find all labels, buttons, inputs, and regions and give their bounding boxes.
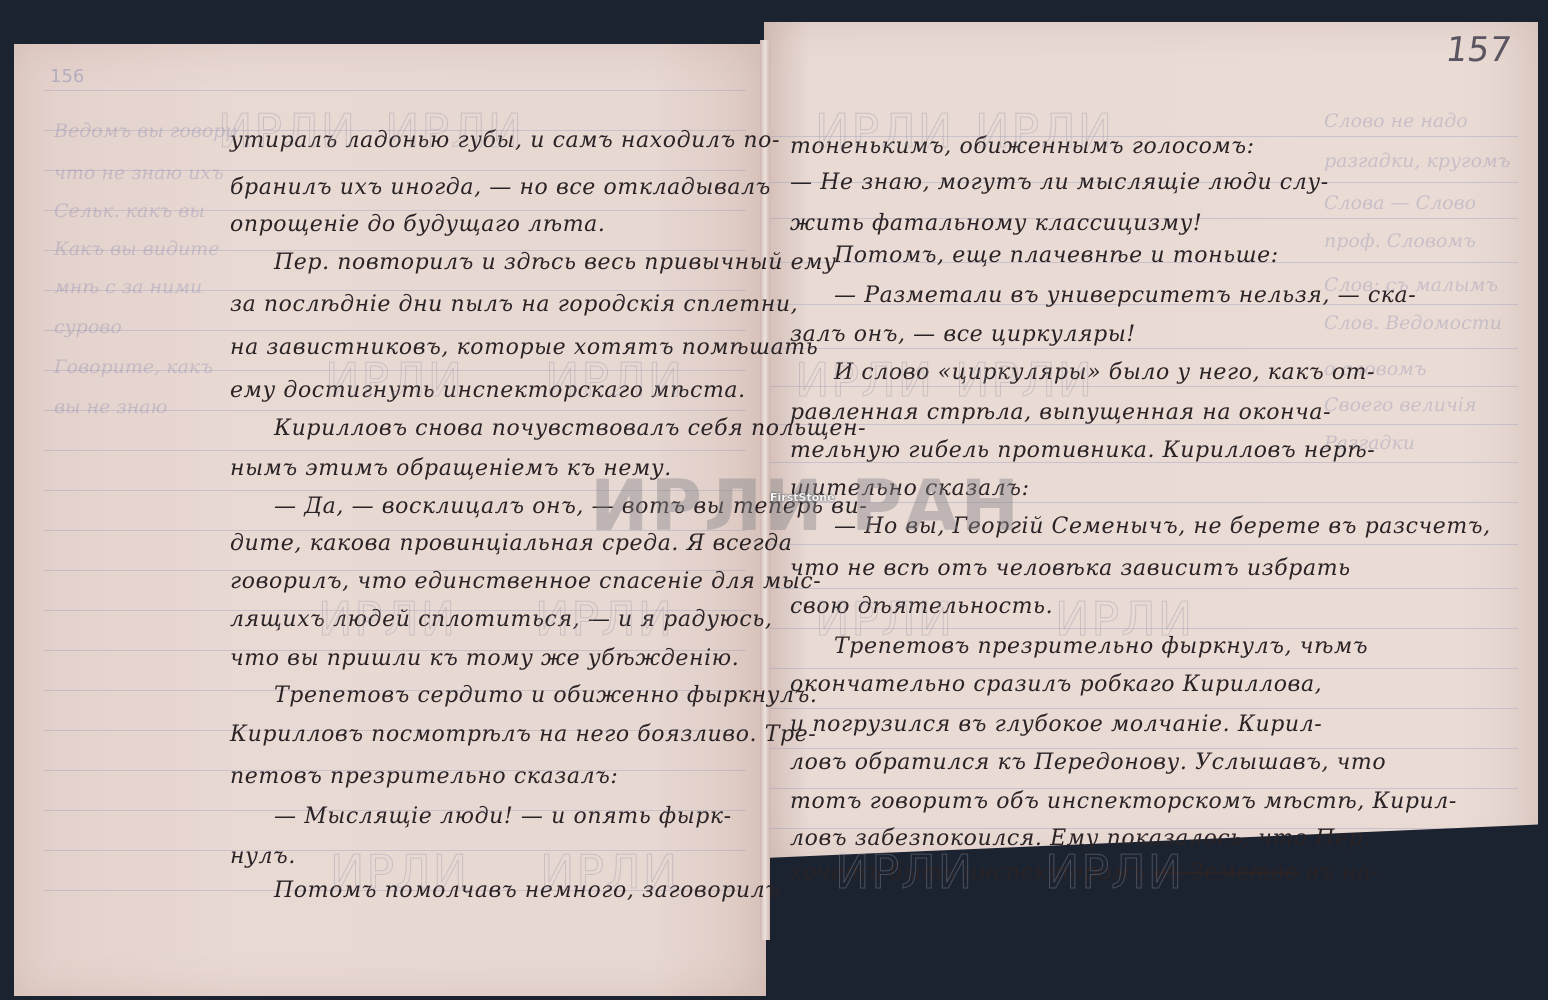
bleed-through-text: Слов. Ведомости [1324,312,1502,334]
watermark: ИРЛИ [385,104,524,158]
bleed-through-text: сурово [54,316,122,338]
text-line: Пер. повторилъ и здѣсь весь привычный ем… [230,252,836,274]
text-line: Потомъ помолчавъ немного, заговорилъ [230,880,781,902]
page-number: 157 [1443,30,1514,70]
text-fragment: въ на- [1306,860,1379,885]
watermark: ИРЛИ [835,845,974,899]
text-line: петовъ презрительно сказалъ: [230,766,618,788]
watermark: ИРЛИ [218,104,357,158]
text-line: тотъ говоритъ объ инспекторскомъ мѣстѣ, … [790,791,1457,813]
bleed-through-text: вы не знаю [54,396,167,418]
text-line: нулъ. [230,846,296,868]
watermark: ИРЛИ [325,353,464,407]
text-line: — Мыслящіе люди! — и опять фырк- [230,806,732,828]
text-line: залъ онъ, — все циркуляры! [790,324,1136,346]
watermark: ИРЛИ [545,353,684,407]
text-line: тельную гибель противника. Кирилловъ нер… [790,440,1375,462]
watermark: ИРЛИ [540,845,679,899]
firststone-logo-stamp: FirstStone [770,491,835,504]
bleed-through-text: Сельк. какъ вы [54,200,205,222]
text-line: лящихъ людей сплотиться, — и я радуюсь, [230,609,773,631]
text-line: опрощеніе до будущаго лѣта. [230,214,605,236]
text-line: — Разметали въ университетъ нельзя, — ск… [790,285,1416,307]
watermark: ИРЛИ [815,104,954,158]
text-line: что не всѣ отъ человѣка зависитъ избрать [790,558,1351,580]
text-line: Кирилловъ снова почувствовалъ себя польщ… [230,418,866,440]
text-line: — Не знаю, могутъ ли мыслящіе люди слу- [790,172,1329,194]
bleed-through-text: мнѣ с за ними [54,276,202,298]
watermark: ИРЛИ [1045,845,1184,899]
bleed-through-text: Ведомъ вы говори [54,120,238,142]
watermark: ИРЛИ [1055,592,1194,646]
center-watermark: ИРЛИ РАН [590,465,1021,547]
text-line: бранилъ ихъ иногда, — но все откладывалъ [230,177,771,199]
text-line: Трепетовъ сердито и обиженно фыркнулъ. [230,685,818,707]
text-line: и погрузился въ глубокое молчаніе. Кирил… [790,714,1322,736]
bleed-through-text: Какъ вы видите [54,238,220,260]
text-line: окончательно сразилъ робкаго Кириллова, [790,674,1322,696]
watermark: ИРЛИ [795,353,934,407]
watermark: ИРЛИ [955,353,1094,407]
watermark: ИРЛИ [815,592,954,646]
bleed-through-text: что не знаю ихъ [54,162,224,184]
text-line: Потомъ, еще плачевнѣе и тоньше: [790,245,1279,267]
watermark: ИРЛИ [535,592,674,646]
bleed-through-text: Слово не надо [1324,110,1468,132]
text-line: за послѣдніе дни пылъ на городскія сплет… [230,294,798,316]
text-line: ловъ обратился къ Передонову. Услышавъ, … [790,752,1386,774]
bleed-through-text: Своего величія [1324,394,1476,416]
watermark: ИРЛИ [975,104,1114,158]
text-line: жить фатальному классицизму! [790,213,1202,235]
text-line: на завистниковъ, которые хотятъ помѣшать [230,337,818,359]
bleed-through-text: проф. Словомъ [1324,230,1476,252]
bleed-through-text: разгадки, кругомъ [1324,150,1510,172]
faint-page-number: 156 [50,66,84,87]
bleed-through-text: Говорите, какъ [54,356,213,378]
bleed-through-text: Слова — Слово [1324,192,1476,214]
text-line: говорилъ, что единственное спасеніе для … [230,571,821,593]
text-line: что вы пришли къ тому же убѣжденію. [230,648,739,670]
text-line: Кирилловъ посмотрѣлъ на него боязливо. Т… [230,724,816,746]
watermark: ИРЛИ [318,592,457,646]
watermark: ИРЛИ [330,845,469,899]
